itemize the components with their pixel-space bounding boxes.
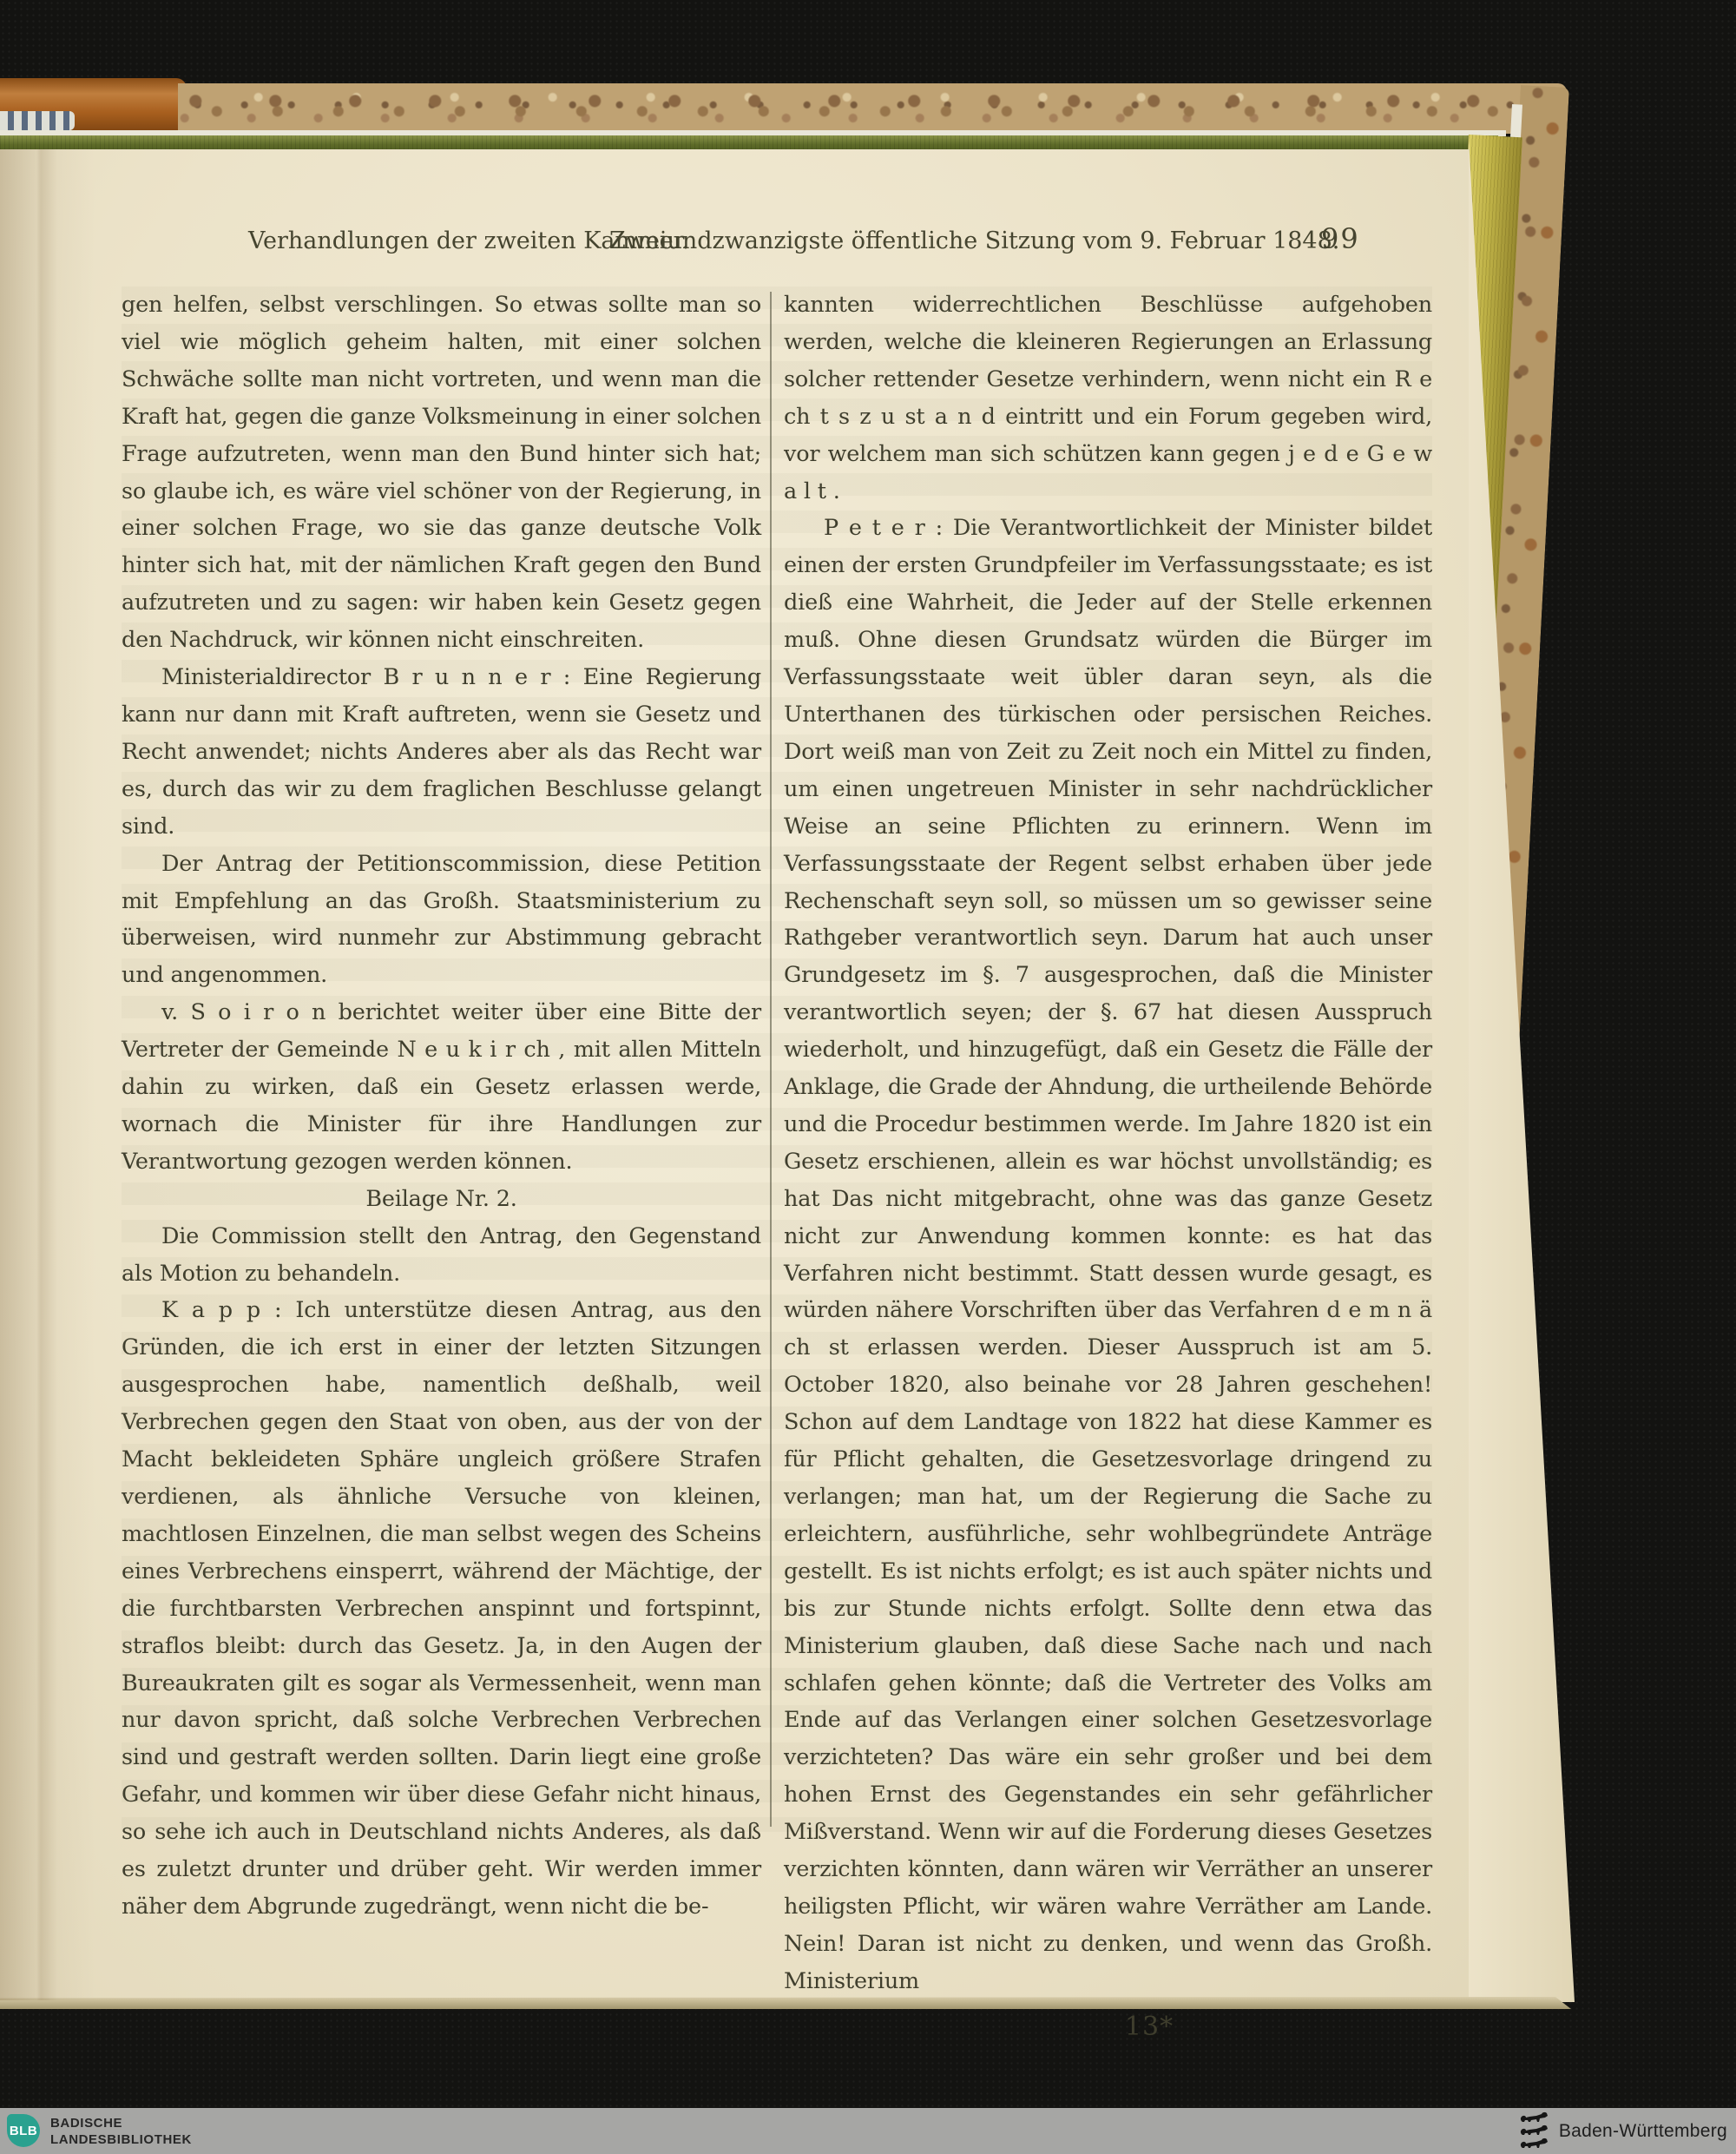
running-header-center: Zweiundzwanzigste öffentliche Sitzung vo… [609,227,1339,254]
text-column-left: gen helfen, selbst verschlingen. So etwa… [122,287,761,1926]
attachment-heading: Beilage Nr. 2. [122,1181,761,1218]
paragraph: P e t e r : Die Verantwortlichkeit der M… [784,510,1432,1999]
state-branding: Baden-Württemberg [1519,2111,1727,2151]
sheet-signature-mark: 13* [784,2009,1432,2046]
paragraph: kannten widerrechtlichen Beschlüsse aufg… [784,287,1432,510]
scanned-book-photo: { "colors": { "background": "#131311", "… [0,0,1736,2154]
paragraph: v. S o i r o n berichtet weiter über ein… [122,994,761,1181]
book-headband [0,111,75,130]
paragraph: Ministerialdirector B r u n n e r : Eine… [122,659,761,846]
blb-logo-text: BLB [10,2124,37,2138]
paragraph: Die Commission stellt den Antrag, den Ge… [122,1218,761,1293]
page-number: 99 [1321,222,1360,255]
coat-of-arms-three-lions-icon [1519,2111,1549,2151]
paragraph: K a p p : Ich unterstütze diesen Antrag,… [122,1292,761,1925]
library-name: BADISCHE LANDESBIBLIOTHEK [50,2115,192,2148]
paragraph: gen helfen, selbst verschlingen. So etwa… [122,287,761,659]
text-column-right: kannten widerrechtlichen Beschlüsse aufg… [784,287,1432,2046]
library-footer-bar: BLB BADISCHE LANDESBIBLIOTHEK Baden-Würt… [0,2108,1736,2154]
library-name-line2: LANDESBIBLIOTHEK [50,2131,192,2148]
book-gutter-shadow [0,149,95,2000]
blb-logo-icon: BLB [7,2114,40,2147]
library-name-line1: BADISCHE [50,2115,192,2131]
column-divider-rule [770,292,772,1827]
paragraph: Der Antrag der Petitionscommission, dies… [122,846,761,995]
state-label: Baden-Württemberg [1559,2121,1727,2142]
book-cover-top-marbled-edge [178,83,1567,134]
